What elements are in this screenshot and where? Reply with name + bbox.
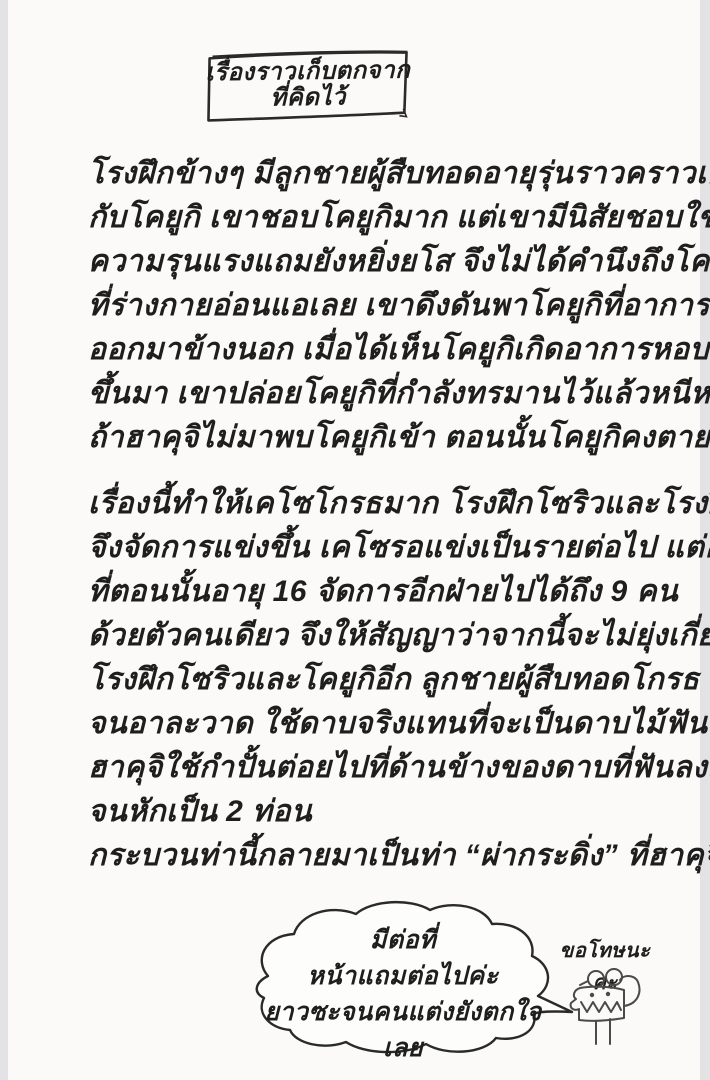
page-left-edge-shadow bbox=[0, 0, 8, 1080]
title-box: เรื่องราวเก็บตกจากที่คิดไว้ bbox=[202, 47, 413, 128]
speech-bubble: มีต่อที่ หน้าแถมต่อไปค่ะ ยาวซะจนคนแต่งยั… bbox=[238, 898, 583, 1058]
paragraph-2-line: โรงฝึกโซริวและโคยูกิอีก ลูกชายผู้สืบทอดโ… bbox=[88, 658, 663, 702]
paragraph-2-line: ด้วยตัวคนเดียว จึงให้สัญญาว่าจากนี้จะไม่… bbox=[88, 614, 663, 658]
bubble-line: ยาวซะจนคนแต่งยังตกใจเลย bbox=[258, 994, 548, 1066]
paragraph-2-line: จึงจัดการแข่งขึ้น เคโซรอแข่งเป็นรายต่อไป… bbox=[88, 526, 663, 570]
paragraph-2-line: ฮาคุจิใช้กำปั้นต่อยไปที่ด้านข้างของดาบที… bbox=[88, 746, 663, 790]
paragraph-2-line: เรื่องนี้ทำให้เคโซโกรธมาก โรงฝึกโซริวและ… bbox=[88, 482, 663, 526]
author-monster-doodle-icon bbox=[566, 962, 650, 1054]
paragraph-1-line: โรงฝึกข้างๆ มีลูกชายผู้สืบทอดอายุรุ่นราว… bbox=[88, 152, 663, 196]
page-title: เรื่องราวเก็บตกจากที่คิดไว้ bbox=[202, 47, 413, 124]
paragraph-1-line: ขึ้นมา เขาปล่อยโคยูกิที่กำลังทรมานไว้แล้… bbox=[88, 372, 663, 416]
bubble-line: มีต่อที่ bbox=[258, 922, 548, 958]
scanned-manga-bonus-page: เรื่องราวเก็บตกจากที่คิดไว้ โรงฝึกข้างๆ … bbox=[0, 0, 710, 1080]
paragraph-2-line: จนอาละวาด ใช้ดาบจริงแทนที่จะเป็นดาบไม้ฟั… bbox=[88, 702, 663, 746]
paragraph-1-line: กับโคยูกิ เขาชอบโคยูกิมาก แต่เขามีนิสัยช… bbox=[88, 196, 663, 240]
paragraph-1-line: ความรุนแรงแถมยังหยิ่งยโส จึงไม่ได้คำนึงถ… bbox=[88, 240, 663, 284]
paragraph-2-line: จนหักเป็น 2 ท่อน bbox=[88, 790, 663, 834]
bubble-line: หน้าแถมต่อไปค่ะ bbox=[258, 958, 548, 994]
paragraph-1-line: ที่ร่างกายอ่อนแอเลย เขาดึงดันพาโคยูกิที่… bbox=[88, 284, 663, 328]
paragraph-1-line: ออกมาข้างนอก เมื่อได้เห็นโคยูกิเกิดอาการ… bbox=[88, 328, 663, 372]
paragraph-2-line: กระบวนท่านี้กลายมาเป็นท่า “ผ่ากระดิ่ง” ท… bbox=[88, 834, 663, 878]
paragraph-1: โรงฝึกข้างๆ มีลูกชายผู้สืบทอดอายุรุ่นราว… bbox=[88, 152, 663, 460]
paragraph-1-line: ถ้าฮาคุจิไม่มาพบโคยูกิเข้า ตอนนั้นโคยูกิ… bbox=[88, 416, 663, 460]
paragraph-2: เรื่องนี้ทำให้เคโซโกรธมาก โรงฝึกโซริวและ… bbox=[88, 482, 663, 878]
bubble-text: มีต่อที่ หน้าแถมต่อไปค่ะ ยาวซะจนคนแต่งยั… bbox=[258, 922, 548, 1066]
paragraph-2-line: ที่ตอนนั้นอายุ 16 จัดการอีกฝ่ายไปได้ถึง … bbox=[88, 570, 663, 614]
